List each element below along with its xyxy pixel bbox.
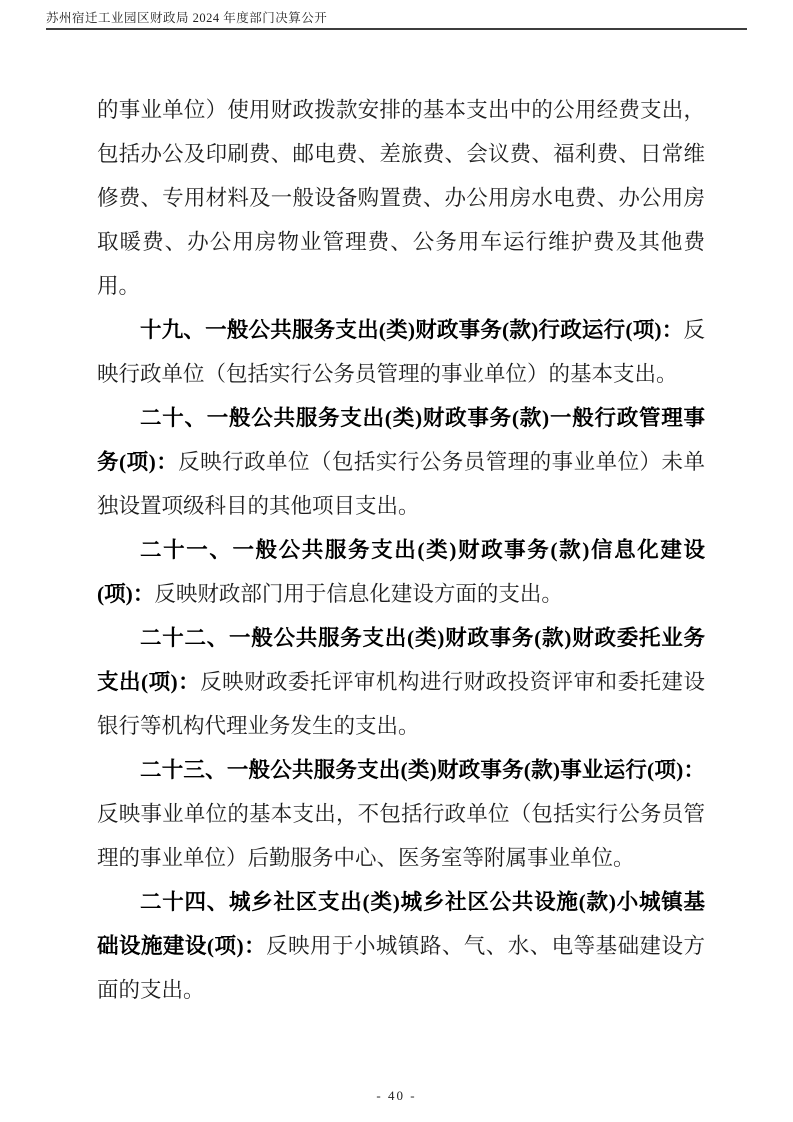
paragraph: 的事业单位）使用财政拨款安排的基本支出中的公用经费支出，包括办公及印刷费、邮电费…: [97, 88, 705, 308]
header-rule-divider: [46, 28, 747, 30]
paragraph-text: 的事业单位）使用财政拨款安排的基本支出中的公用经费支出，包括办公及印刷费、邮电费…: [97, 98, 705, 298]
section-heading: 二十三、一般公共服务支出(类)财政事务(款)事业运行(项)：: [140, 758, 705, 782]
paragraph: 二十四、城乡社区支出(类)城乡社区公共设施(款)小城镇基础设施建设(项)：反映用…: [97, 880, 705, 1012]
paragraph-text: 反映财政部门用于信息化建设方面的支出。: [154, 582, 563, 606]
page-number: - 40 -: [376, 1088, 416, 1103]
paragraph: 十九、一般公共服务支出(类)财政事务(款)行政运行(项)：反映行政单位（包括实行…: [97, 308, 705, 396]
document-header: 苏州宿迁工业园区财政局 2024 年度部门决算公开: [46, 11, 747, 30]
paragraph-text: 反映行政单位（包括实行公务员管理的事业单位）未单独设置项级科目的其他项目支出。: [97, 450, 705, 518]
paragraph-text: 反映事业单位的基本支出，不包括行政单位（包括实行公务员管理的事业单位）后勤服务中…: [97, 802, 705, 870]
section-heading: 十九、一般公共服务支出(类)财政事务(款)行政运行(项)：: [140, 318, 683, 342]
paragraph: 二十二、一般公共服务支出(类)财政事务(款)财政委托业务支出(项)：反映财政委托…: [97, 616, 705, 748]
document-header-title: 苏州宿迁工业园区财政局 2024 年度部门决算公开: [46, 11, 747, 28]
paragraph: 二十、一般公共服务支出(类)财政事务(款)一般行政管理事务(项)：反映行政单位（…: [97, 396, 705, 528]
document-footer: - 40 -: [0, 1087, 793, 1105]
document-page: 苏州宿迁工业园区财政局 2024 年度部门决算公开 的事业单位）使用财政拨款安排…: [0, 0, 793, 1122]
document-body: 的事业单位）使用财政拨款安排的基本支出中的公用经费支出，包括办公及印刷费、邮电费…: [97, 88, 705, 1012]
paragraph: 二十三、一般公共服务支出(类)财政事务(款)事业运行(项)：反映事业单位的基本支…: [97, 748, 705, 880]
paragraph: 二十一、一般公共服务支出(类)财政事务(款)信息化建设(项)：反映财政部门用于信…: [97, 528, 705, 616]
